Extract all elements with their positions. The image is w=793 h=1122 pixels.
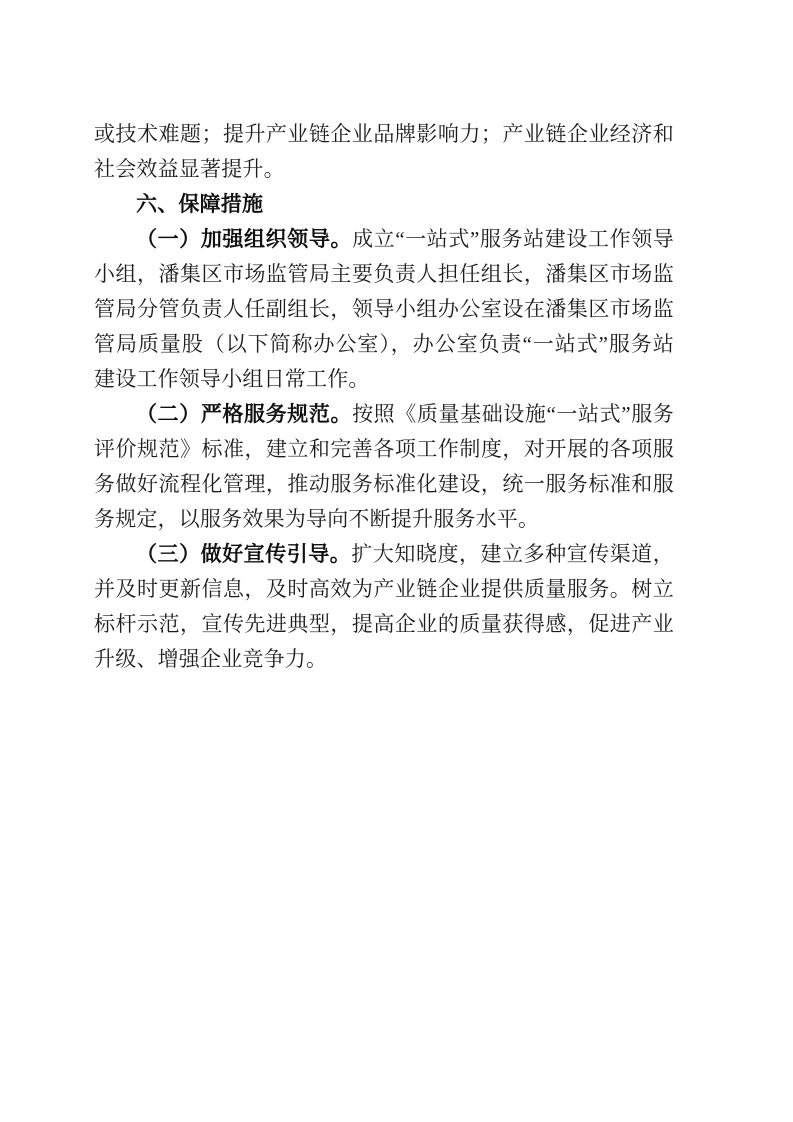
- paragraph-lead-3: （三）做好宣传引导。: [136, 542, 351, 566]
- document-body: 或技术难题；提升产业链企业品牌影响力；产业链企业经济和社会效益显著提升。 六、保…: [94, 117, 674, 677]
- paragraph-strict-service-standards: （二）严格服务规范。按照《质量基础设施“一站式”服务评价规范》标准，建立和完善各…: [94, 397, 674, 537]
- section-heading-safeguard-measures: 六、保障措施: [94, 187, 674, 222]
- document-page: 或技术难题；提升产业链企业品牌影响力；产业链企业经济和社会效益显著提升。 六、保…: [0, 0, 793, 1122]
- paragraph-strengthen-leadership: （一）加强组织领导。成立“一站式”服务站建设工作领导小组，潘集区市场监管局主要负…: [94, 222, 674, 397]
- paragraph-text-1: 成立“一站式”服务站建设工作领导小组，潘集区市场监管局主要负责人担任组长，潘集区…: [94, 227, 674, 391]
- paragraph-lead-2: （二）严格服务规范。: [136, 402, 352, 426]
- paragraph-publicity-guidance: （三）做好宣传引导。扩大知晓度，建立多种宣传渠道，并及时更新信息，及时高效为产业…: [94, 537, 674, 677]
- paragraph-lead-1: （一）加强组织领导。: [136, 227, 352, 251]
- paragraph-benefit-continuation: 或技术难题；提升产业链企业品牌影响力；产业链企业经济和社会效益显著提升。: [94, 117, 674, 187]
